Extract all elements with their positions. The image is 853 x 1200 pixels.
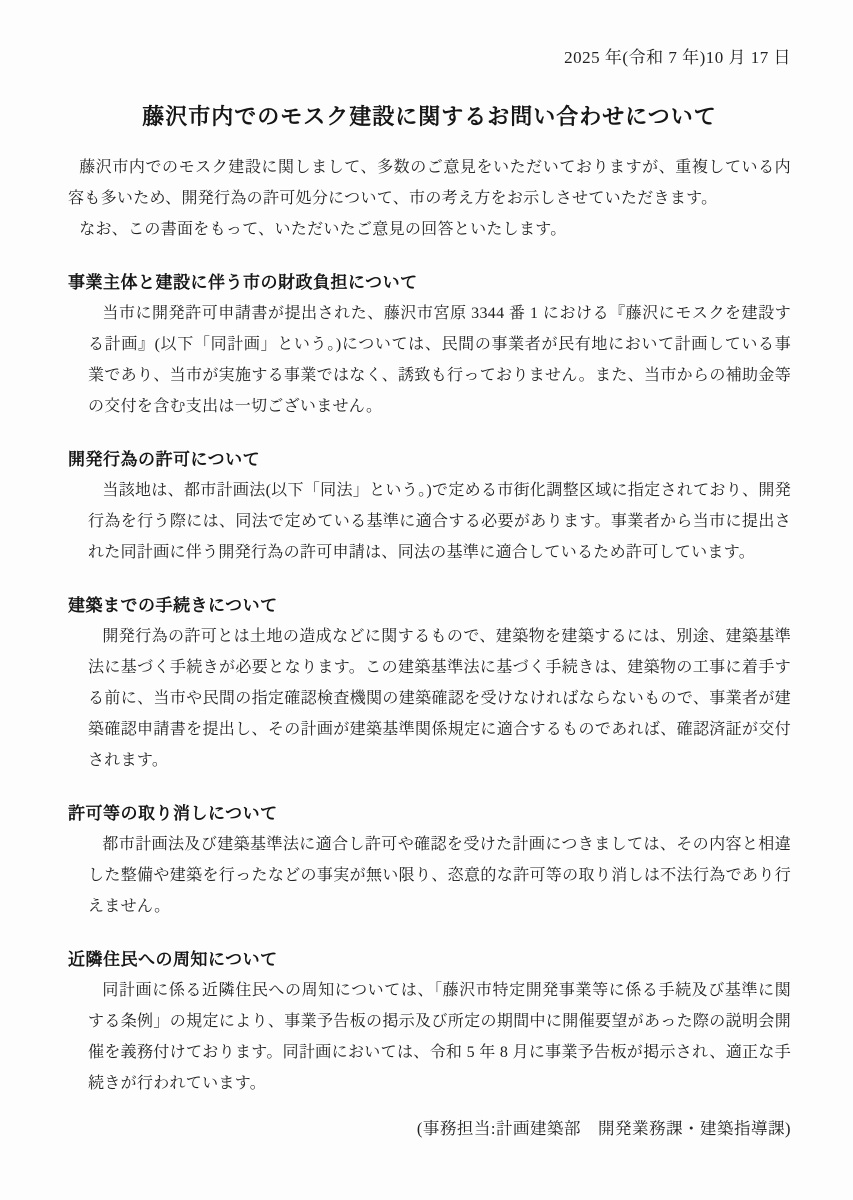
section-heading-permit-revocation: 許可等の取り消しについて	[68, 798, 791, 829]
document-page: 2025 年(令和 7 年)10 月 17 日 藤沢市内でのモスク建設に関するお…	[0, 0, 853, 1200]
document-date: 2025 年(令和 7 年)10 月 17 日	[68, 46, 791, 70]
intro-paragraph-2: なお、この書面をもって、いただいたご意見の回答といたします。	[68, 214, 791, 245]
document-title: 藤沢市内でのモスク建設に関するお問い合わせについて	[68, 102, 791, 132]
section-body-building-procedure: 開発行為の許可とは土地の造成などに関するもので、建築物を建築するには、別途、建築…	[88, 621, 791, 776]
section-heading-development-permit: 開発行為の許可について	[68, 444, 791, 475]
section-permit-revocation: 許可等の取り消しについて 都市計画法及び建築基準法に適合し許可や確認を受けた計画…	[68, 798, 791, 922]
section-body-permit-revocation: 都市計画法及び建築基準法に適合し許可や確認を受けた計画につきましては、その内容と…	[88, 829, 791, 922]
section-heading-funding: 事業主体と建設に伴う市の財政負担について	[68, 267, 791, 298]
section-heading-building-procedure: 建築までの手続きについて	[68, 590, 791, 621]
section-funding: 事業主体と建設に伴う市の財政負担について 当市に開発許可申請書が提出された、藤沢…	[68, 267, 791, 422]
section-body-neighbor-notification: 同計画に係る近隣住民への周知については、「藤沢市特定開発事業等に係る手続及び基準…	[88, 975, 791, 1099]
section-body-development-permit: 当該地は、都市計画法(以下「同法」という。)で定める市街化調整区域に指定されてお…	[88, 475, 791, 568]
section-body-funding: 当市に開発許可申請書が提出された、藤沢市宮原 3344 番 1 における『藤沢に…	[88, 298, 791, 422]
section-building-procedure: 建築までの手続きについて 開発行為の許可とは土地の造成などに関するもので、建築物…	[68, 590, 791, 776]
section-heading-neighbor-notification: 近隣住民への周知について	[68, 944, 791, 975]
section-neighbor-notification: 近隣住民への周知について 同計画に係る近隣住民への周知については、「藤沢市特定開…	[68, 944, 791, 1099]
section-development-permit: 開発行為の許可について 当該地は、都市計画法(以下「同法」という。)で定める市街…	[68, 444, 791, 568]
intro: 藤沢市内でのモスク建設に関しまして、多数のご意見をいただいておりますが、重複して…	[68, 152, 791, 245]
footer-contact: (事務担当:計画建築部 開発業務課・建築指導課)	[68, 1113, 791, 1144]
intro-paragraph-1: 藤沢市内でのモスク建設に関しまして、多数のご意見をいただいておりますが、重複して…	[68, 152, 791, 214]
